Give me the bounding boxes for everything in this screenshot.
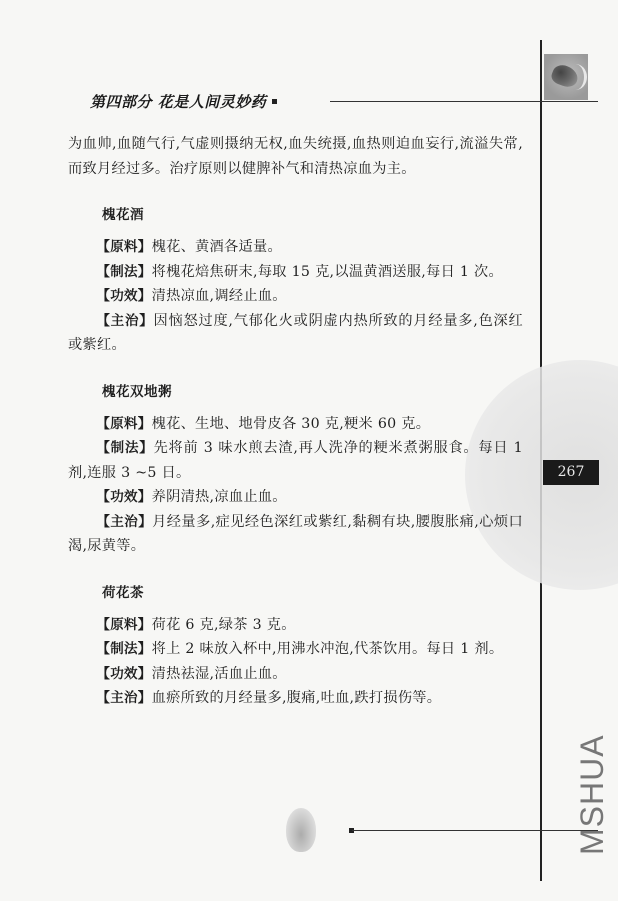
leaf-curl bbox=[564, 64, 587, 90]
leaf-icon bbox=[544, 54, 588, 100]
recipe-item: 【主治】因恼怒过度,气郁化火或阴虚内热所致的月经量多,色深红或紫红。 bbox=[68, 309, 523, 358]
recipe-2: 槐花双地粥 【原料】槐花、生地、地骨皮各 30 克,粳米 60 克。 【制法】先… bbox=[68, 380, 523, 559]
recipe-item: 【制法】将上 2 味放入杯中,用沸水冲泡,代茶饮用。每日 1 剂。 bbox=[68, 637, 523, 662]
body-content: 为血帅,血随气行,气虚则摄纳无权,血失统摄,血热则迫血妄行,流溢失常,而致月经过… bbox=[68, 132, 523, 711]
watermark: MSHUA bbox=[574, 734, 611, 855]
page-number: 267 bbox=[543, 460, 599, 485]
intro-paragraph: 为血帅,血随气行,气虚则摄纳无权,血失统摄,血热则迫血妄行,流溢失常,而致月经过… bbox=[68, 132, 523, 181]
recipe-1: 槐花酒 【原料】槐花、黄酒各适量。 【制法】将槐花焙焦研末,每取 15 克,以温… bbox=[68, 203, 523, 358]
recipe-item: 【主治】月经量多,症见经色深红或紫红,黏稠有块,腰腹胀痛,心烦口渴,尿黄等。 bbox=[68, 510, 523, 559]
item-tag: 【原料】 bbox=[96, 239, 151, 255]
item-text: 槐花、生地、地骨皮各 30 克,粳米 60 克。 bbox=[152, 416, 431, 432]
recipe-title: 荷花茶 bbox=[102, 581, 523, 601]
recipe-item: 【制法】将槐花焙焦研末,每取 15 克,以温黄酒送服,每日 1 次。 bbox=[68, 260, 523, 285]
recipe-3: 荷花茶 【原料】荷花 6 克,绿茶 3 克。 【制法】将上 2 味放入杯中,用沸… bbox=[68, 581, 523, 711]
item-text: 槐花、黄酒各适量。 bbox=[152, 239, 282, 255]
item-text: 将上 2 味放入杯中,用沸水冲泡,代茶饮用。每日 1 剂。 bbox=[152, 641, 504, 657]
footer-rule bbox=[352, 830, 598, 831]
recipe-item: 【原料】荷花 6 克,绿茶 3 克。 bbox=[68, 613, 523, 638]
item-text: 将槐花焙焦研末,每取 15 克,以温黄酒送服,每日 1 次。 bbox=[152, 264, 503, 280]
item-tag: 【原料】 bbox=[96, 617, 151, 633]
item-text: 荷花 6 克,绿茶 3 克。 bbox=[152, 617, 296, 633]
recipe-title: 槐花双地粥 bbox=[102, 380, 523, 400]
item-text: 清热祛湿,活血止血。 bbox=[152, 666, 287, 682]
header-rule bbox=[330, 101, 598, 102]
item-tag: 【主治】 bbox=[96, 313, 153, 329]
item-tag: 【制法】 bbox=[96, 641, 151, 657]
item-tag: 【主治】 bbox=[96, 514, 152, 530]
recipe-title: 槐花酒 bbox=[102, 203, 523, 223]
item-text: 养阴清热,凉血止血。 bbox=[152, 489, 287, 505]
running-header: 第四部分 花是人间灵妙药 bbox=[90, 91, 277, 112]
recipe-item: 【功效】清热祛湿,活血止血。 bbox=[68, 662, 523, 687]
recipe-item: 【制法】先将前 3 味水煎去渣,再人洗净的粳米煮粥服食。每日 1 剂,连服 3 … bbox=[68, 436, 523, 485]
recipe-item: 【原料】槐花、生地、地骨皮各 30 克,粳米 60 克。 bbox=[68, 412, 523, 437]
item-tag: 【主治】 bbox=[96, 690, 151, 706]
item-tag: 【功效】 bbox=[96, 489, 151, 505]
item-text: 清热凉血,调经止血。 bbox=[152, 288, 287, 304]
item-text: 血瘀所致的月经量多,腹痛,吐血,跌打损伤等。 bbox=[152, 690, 442, 706]
book-page: 第四部分 花是人间灵妙药 267 为血帅,血随气行,气虚则摄纳无权,血失统摄,血… bbox=[0, 0, 618, 901]
item-tag: 【制法】 bbox=[96, 440, 153, 456]
item-tag: 【功效】 bbox=[96, 666, 151, 682]
item-tag: 【制法】 bbox=[96, 264, 151, 280]
header-bullet bbox=[272, 99, 277, 104]
section-title: 第四部分 花是人间灵妙药 bbox=[90, 91, 266, 112]
recipe-item: 【主治】血瘀所致的月经量多,腹痛,吐血,跌打损伤等。 bbox=[68, 686, 523, 711]
recipe-item: 【功效】清热凉血,调经止血。 bbox=[68, 284, 523, 309]
item-tag: 【原料】 bbox=[96, 416, 151, 432]
recipe-item: 【功效】养阴清热,凉血止血。 bbox=[68, 485, 523, 510]
item-tag: 【功效】 bbox=[96, 288, 151, 304]
flower-emblem-icon bbox=[286, 808, 316, 852]
recipe-item: 【原料】槐花、黄酒各适量。 bbox=[68, 235, 523, 260]
